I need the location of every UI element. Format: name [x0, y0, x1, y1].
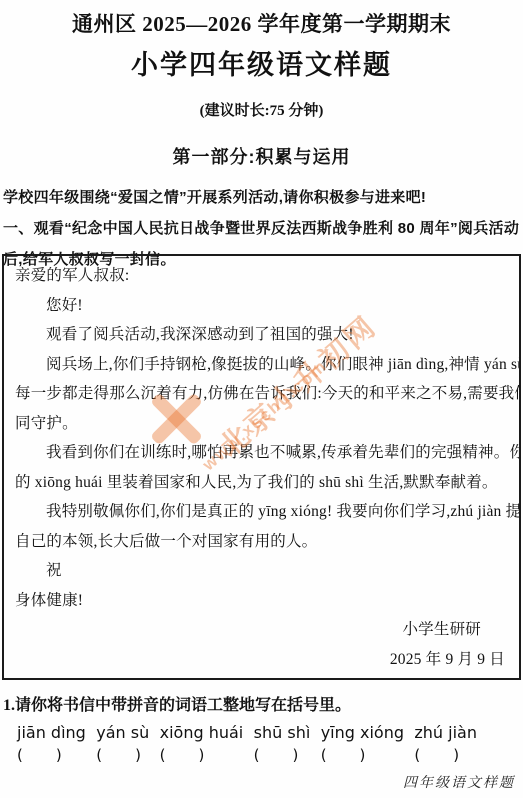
pinyin-item: yīng xióng ( ): [321, 723, 404, 765]
letter-line: 我特别敬佩你们,你们是真正的 yīng xióng! 我要向你们学习,zhú j…: [15, 497, 509, 527]
pinyin-item: shū shì ( ): [254, 723, 311, 765]
pinyin-word: yīng xióng: [321, 723, 404, 742]
page-footer-label: 四年级语文样题: [403, 772, 515, 792]
pinyin-item: zhú jiàn ( ): [414, 723, 477, 765]
pinyin-item: xiōng huái ( ): [160, 723, 244, 765]
letter-wish-word: 祝: [15, 556, 509, 586]
letter-line: 的 xiōng huái 里装着国家和人民,为了我们的 shū shì 生活,默…: [15, 468, 509, 498]
letter-line: 每一步都走得那么沉着有力,仿佛在告诉我们:今天的和平来之不易,需要我们共: [15, 379, 509, 409]
letter-salutation: 亲爱的军人叔叔:: [15, 261, 509, 291]
answer-brackets: ( ): [17, 744, 63, 765]
pinyin-word: zhú jiàn: [414, 723, 477, 742]
question-1: 1.请你将书信中带拼音的词语工整地写在括号里。 jiān dìng ( ) yá…: [0, 692, 523, 765]
pinyin-row: jiān dìng ( ) yán sù ( ) xiōng huái ( ) …: [0, 723, 523, 765]
task-line1: 一、观看“纪念中国人民抗日战争暨世界反法西斯战争胜利 80 周年”阅兵活动: [3, 213, 520, 244]
letter-line: 阅兵场上,你们手持钢枪,像挺拔的山峰。你们眼神 jiān dìng,神情 yán…: [15, 350, 509, 380]
paper-title-line1: 通州区 2025—2026 学年度第一学期期末: [0, 0, 523, 38]
exam-paper-page: 通州区 2025—2026 学年度第一学期期末 小学四年级语文样题 (建议时长:…: [0, 0, 523, 798]
paper-header: 通州区 2025—2026 学年度第一学期期末 小学四年级语文样题 (建议时长:…: [0, 0, 523, 169]
question-1-label: 1.请你将书信中带拼音的词语工整地写在括号里。: [0, 692, 523, 715]
section-one-heading: 第一部分:积累与运用: [0, 143, 523, 169]
pinyin-word: shū shì: [254, 723, 311, 742]
letter-line: 观看了阅兵活动,我深深感动到了祖国的强大!: [15, 320, 509, 350]
answer-brackets: ( ): [414, 744, 460, 765]
pinyin-word: jiān dìng: [17, 723, 86, 742]
letter-line: 我看到你们在训练时,哪怕再累也不喊累,传承着先辈们的完强精神。你们: [15, 438, 509, 468]
letter-box: 亲爱的军人叔叔: 您好! 观看了阅兵活动,我深深感动到了祖国的强大! 阅兵场上,…: [2, 254, 521, 680]
letter-line: 自己的本领,长大后做一个对国家有用的人。: [15, 527, 509, 557]
letter-wish-body: 身体健康!: [15, 586, 509, 616]
letter-greeting: 您好!: [15, 291, 509, 321]
answer-brackets: ( ): [160, 744, 206, 765]
answer-brackets: ( ): [96, 744, 142, 765]
pinyin-item: yán sù ( ): [96, 723, 149, 765]
pinyin-word: yán sù: [96, 723, 149, 742]
letter-signature: 小学生研研: [15, 615, 509, 645]
letter-date: 2025 年 9 月 9 日: [15, 645, 509, 675]
answer-brackets: ( ): [254, 744, 300, 765]
pinyin-item: jiān dìng ( ): [17, 723, 86, 765]
paper-title-line2: 小学四年级语文样题: [0, 43, 523, 82]
pinyin-word: xiōng huái: [160, 723, 244, 742]
letter-line: 同守护。: [15, 409, 509, 439]
answer-brackets: ( ): [321, 744, 367, 765]
intro-text: 学校四年级围绕“爱国之情”开展系列活动,请你积极参与进来吧!: [3, 182, 520, 213]
suggested-time-note: (建议时长:75 分钟): [0, 99, 523, 120]
